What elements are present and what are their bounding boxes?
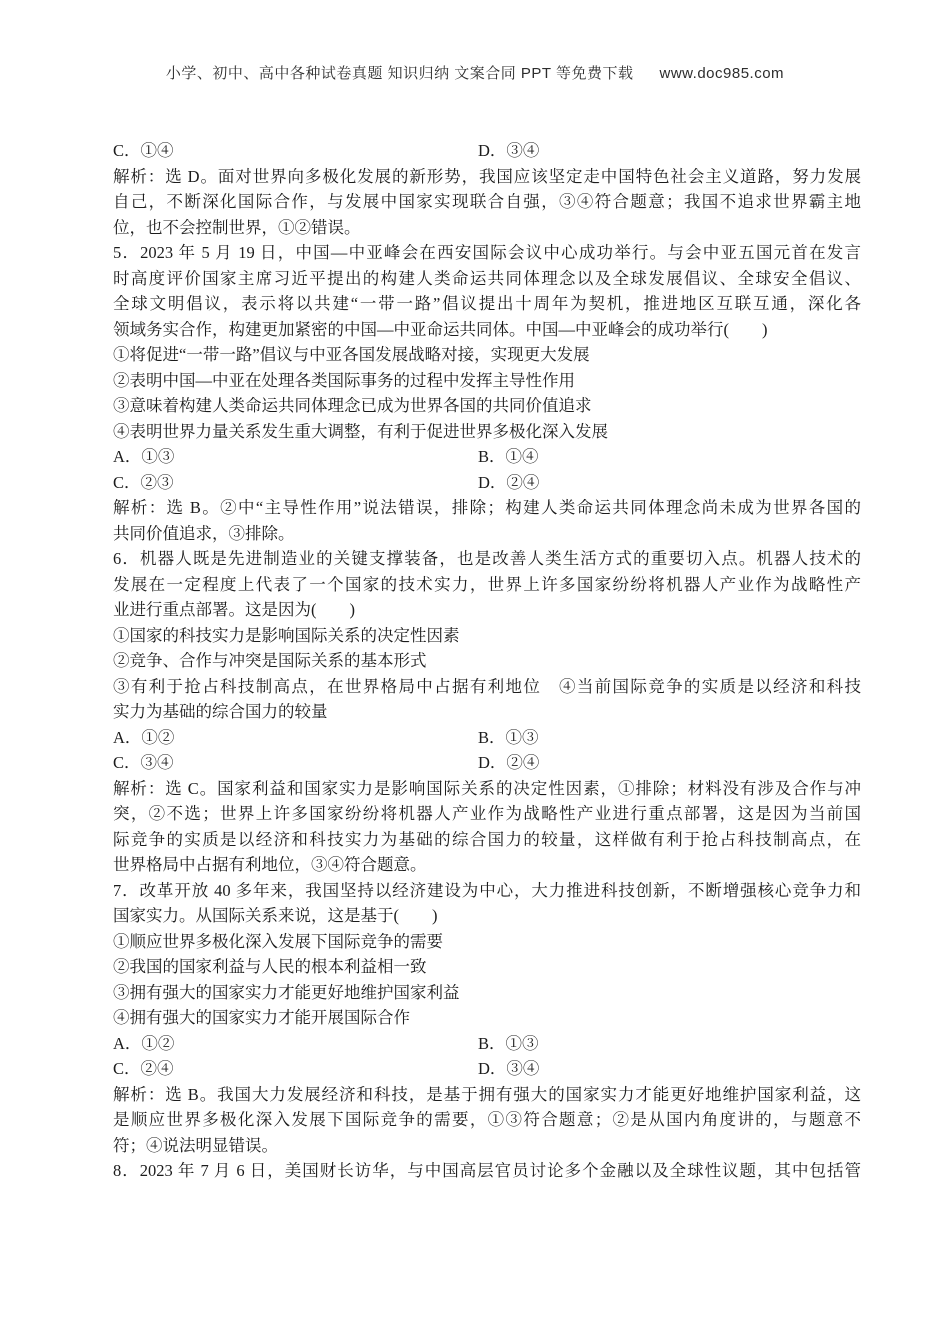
header-promo-text: 小学、初中、高中各种试卷真题 知识归纳 文案合同 PPT 等免费下载 <box>166 65 634 82</box>
text-line: ①将促进“一带一路”倡议与中亚各国发展战略对接，实现更大发展 <box>113 342 861 368</box>
text-line: 解析：选 D。面对世界向多极化发展的新形势，我国应该坚定走中国特色社会主义道路，… <box>113 164 861 190</box>
answer-option-right: B．①③ <box>478 725 539 751</box>
text-line: 自己，不断深化国际合作，与发展中国家实现联合自强，③④符合题意；我国不追求世界霸… <box>113 189 861 215</box>
answer-options-row: C．②④D．③④ <box>113 1056 861 1082</box>
answer-option-left: C．②③ <box>113 470 174 496</box>
text-line: 发展在一定程度上代表了一个国家的技术实力，世界上许多国家纷纷将机器人产业作为战略… <box>113 572 861 598</box>
answer-option-left: C．③④ <box>113 750 174 776</box>
text-line: 解析：选 C。国家利益和国家实力是影响国际关系的决定性因素，①排除；材料没有涉及… <box>113 776 861 802</box>
answer-options-row: C．③④D．②④ <box>113 750 861 776</box>
text-line: 解析：选 B。我国大力发展经济和科技，是基于拥有强大的国家实力才能更好地维护国家… <box>113 1082 861 1108</box>
answer-option-right: D．③④ <box>478 1056 539 1082</box>
answer-option-right: B．①④ <box>478 444 539 470</box>
text-line: 国家实力。从国际关系来说，这是基于( ) <box>113 903 861 929</box>
text-line: ②表明中国—中亚在处理各类国际事务的过程中发挥主导性作用 <box>113 368 861 394</box>
text-line: 解析：选 B。②中“主导性作用”说法错误，排除；构建人类命运共同体理念尚未成为世… <box>113 495 861 521</box>
text-line: ④表明世界力量关系发生重大调整，有利于促进世界多极化深入发展 <box>113 419 861 445</box>
text-line: ②竞争、合作与冲突是国际关系的基本形式 <box>113 648 861 674</box>
text-line: 业进行重点部署。这是因为( ) <box>113 597 861 623</box>
text-line: 6．机器人既是先进制造业的关键支撑装备，也是改善人类生活方式的重要切入点。机器人… <box>113 546 861 572</box>
answer-option-right: D．②④ <box>478 750 539 776</box>
text-line: ③拥有强大的国家实力才能更好地维护国家利益 <box>113 980 861 1006</box>
text-line: ③有利于抢占科技制高点，在世界格局中占据有利地位 ④当前国际竞争的实质是以经济和… <box>113 674 861 700</box>
header-site-url: www.doc985.com <box>660 65 785 82</box>
answer-options-row: A．①②B．①③ <box>113 1031 861 1057</box>
answer-option-left: C．②④ <box>113 1056 174 1082</box>
text-line: 8．2023 年 7 月 6 日，美国财长访华，与中国高层官员讨论多个金融以及全… <box>113 1158 861 1184</box>
answer-option-left: A．①③ <box>113 444 174 470</box>
text-line: 是顺应世界多极化深入发展下国际竞争的需要，①③符合题意；②是从国内角度讲的，与题… <box>113 1107 861 1133</box>
text-line: 实力为基础的综合国力的较量 <box>113 699 861 725</box>
answer-option-left: A．①② <box>113 725 174 751</box>
answer-option-left: A．①② <box>113 1031 174 1057</box>
answer-options-row: A．①②B．①③ <box>113 725 861 751</box>
text-line: 共同价值追求，③排除。 <box>113 521 861 547</box>
document-body: C．①④D．③④解析：选 D。面对世界向多极化发展的新形势，我国应该坚定走中国特… <box>113 138 861 1184</box>
answer-option-right: D．③④ <box>478 138 539 164</box>
text-line: 全球文明倡议，表示将以共建“一带一路”倡议提出十周年为契机，推进地区互联互通，深… <box>113 291 861 317</box>
answer-options-row: A．①③B．①④ <box>113 444 861 470</box>
text-line: ②我国的国家利益与人民的根本利益相一致 <box>113 954 861 980</box>
answer-option-right: B．①③ <box>478 1031 539 1057</box>
text-line: ①顺应世界多极化深入发展下国际竞争的需要 <box>113 929 861 955</box>
answer-options-row: C．②③D．②④ <box>113 470 861 496</box>
text-line: 突，②不选；世界上许多国家纷纷将机器人产业作为战略性产业进行重点部署，这是因为当… <box>113 801 861 827</box>
text-line: 领域务实合作，构建更加紧密的中国—中亚命运共同体。中国—中亚峰会的成功举行( ) <box>113 317 861 343</box>
text-line: 7．改革开放 40 多年来，我国坚持以经济建设为中心，大力推进科技创新，不断增强… <box>113 878 861 904</box>
text-line: 符；④说法明显错误。 <box>113 1133 861 1159</box>
text-line: 5．2023 年 5 月 19 日，中国—中亚峰会在西安国际会议中心成功举行。与… <box>113 240 861 266</box>
page-header: 小学、初中、高中各种试卷真题 知识归纳 文案合同 PPT 等免费下载www.do… <box>0 62 950 83</box>
text-line: 世界格局中占据有利地位，③④符合题意。 <box>113 852 861 878</box>
text-line: 时高度评价国家主席习近平提出的构建人类命运共同体理念以及全球发展倡议、全球安全倡… <box>113 266 861 292</box>
text-line: ④拥有强大的国家实力才能开展国际合作 <box>113 1005 861 1031</box>
document-page: 小学、初中、高中各种试卷真题 知识归纳 文案合同 PPT 等免费下载www.do… <box>0 0 950 1344</box>
answer-options-row: C．①④D．③④ <box>113 138 861 164</box>
answer-option-right: D．②④ <box>478 470 539 496</box>
text-line: ①国家的科技实力是影响国际关系的决定性因素 <box>113 623 861 649</box>
answer-option-left: C．①④ <box>113 138 174 164</box>
text-line: 位，也不会控制世界，①②错误。 <box>113 215 861 241</box>
text-line: ③意味着构建人类命运共同体理念已成为世界各国的共同价值追求 <box>113 393 861 419</box>
text-line: 际竞争的实质是以经济和科技实力为基础的综合国力的较量，这样做有利于抢占科技制高点… <box>113 827 861 853</box>
